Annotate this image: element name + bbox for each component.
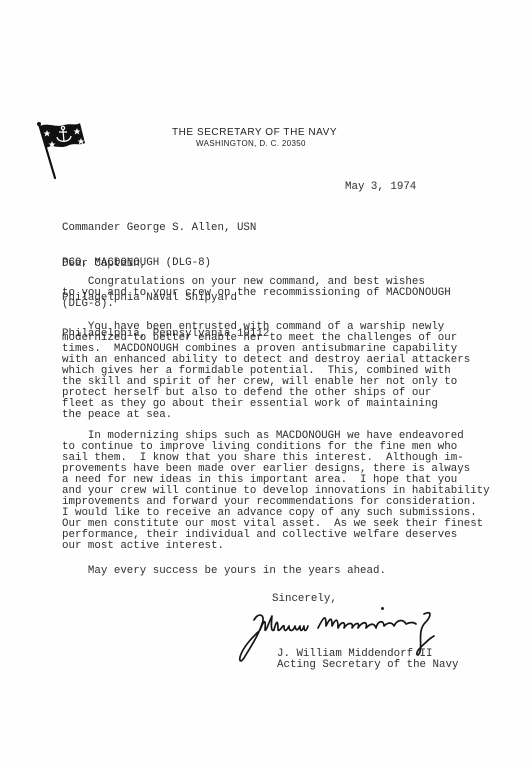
body-paragraph: In modernizing ships such as MACDONOUGH … — [62, 431, 490, 552]
letter-page: THE SECRETARY OF THE NAVY WASHINGTON, D.… — [0, 0, 530, 768]
letterhead-address: WASHINGTON, D. C. 20350 — [196, 139, 306, 148]
salutation: Dear Captain, — [62, 259, 146, 270]
closing: Sincerely, — [272, 594, 337, 605]
recipient-line: Commander George S. Allen, USN — [62, 223, 269, 235]
letterhead-title: THE SECRETARY OF THE NAVY — [172, 127, 337, 138]
body-paragraph: May every success be yours in the years … — [62, 566, 386, 577]
body-paragraph: Congratulations on your new command, and… — [62, 277, 451, 310]
navy-flag-icon — [36, 120, 86, 180]
signer-title: Acting Secretary of the Navy — [277, 660, 458, 671]
body-paragraph: You have been entrusted with command of … — [62, 322, 470, 421]
letter-date: May 3, 1974 — [345, 182, 416, 193]
